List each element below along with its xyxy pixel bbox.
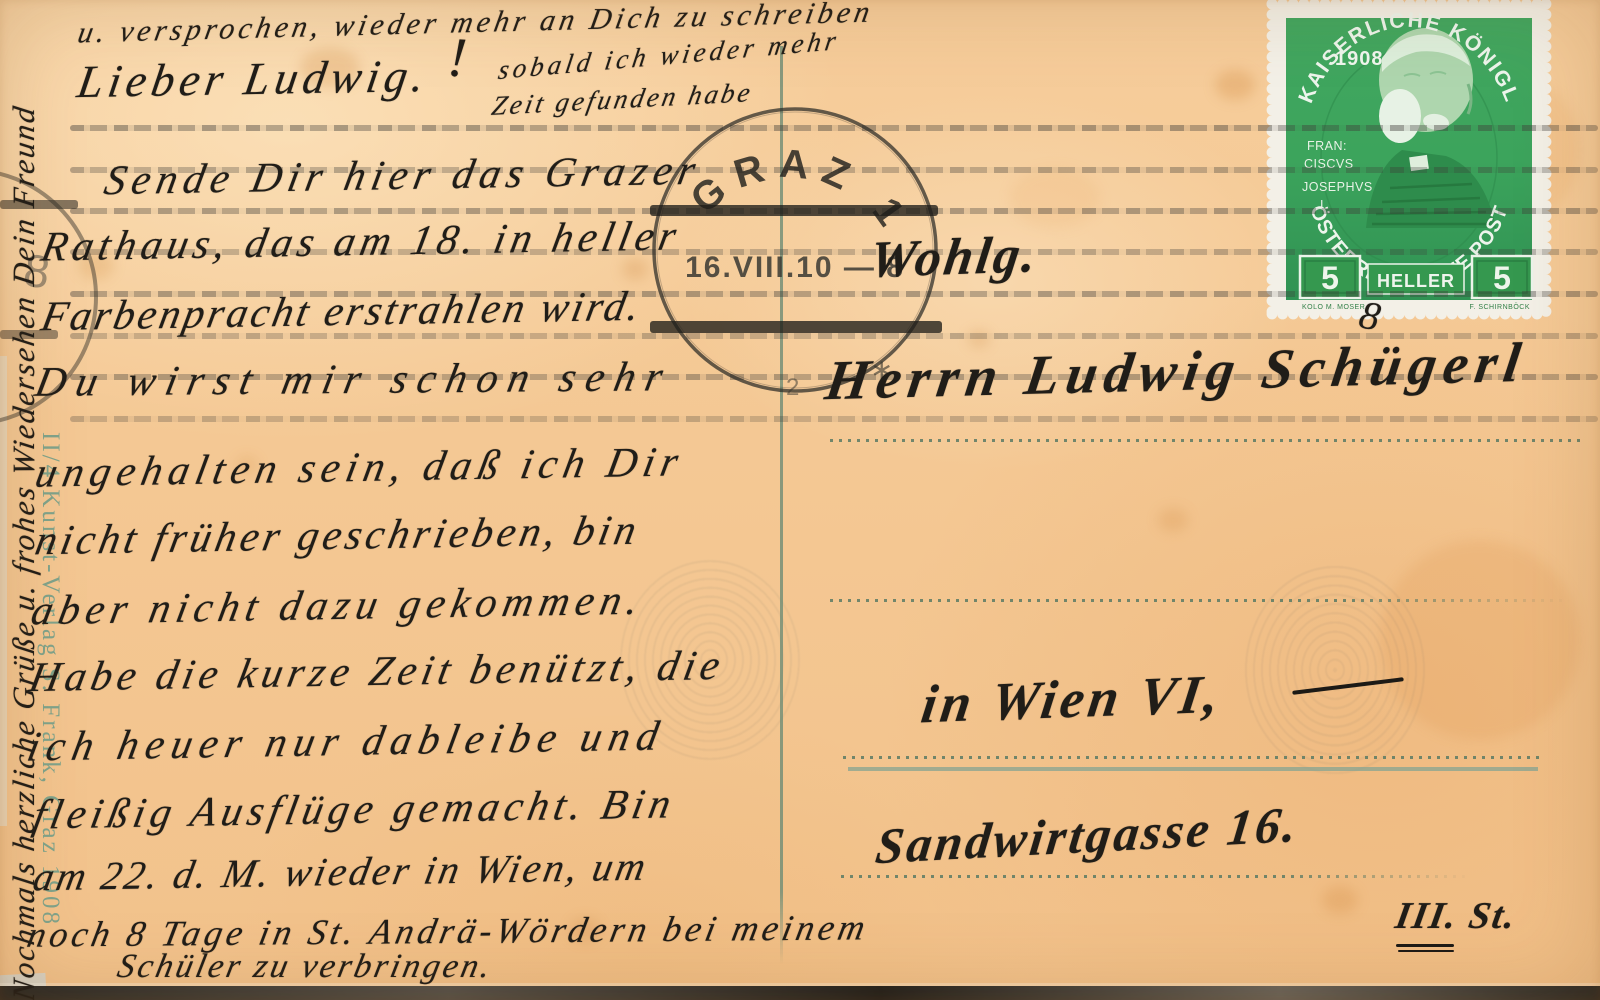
stamp-engraver: F. SCHIRNBÖCK [1469, 303, 1530, 311]
message-exclamation: ! [446, 25, 469, 90]
message-line: ich heuer nur dableibe und [23, 712, 669, 771]
message-line: Sende Dir hier das Grazer [100, 147, 705, 206]
message-margin-note: Nochmals herzliche Grüße u. frohes Wiede… [6, 103, 42, 1000]
address-ruled-line [843, 756, 1543, 759]
stain [1158, 508, 1188, 532]
stain [1010, 168, 1100, 228]
message-line: Habe die kurze Zeit benützt, die [25, 642, 728, 702]
stain [1322, 886, 1358, 914]
message-line: Schüler zu verbringen. [114, 948, 497, 986]
message-line: nicht früher geschrieben, bin [31, 507, 644, 566]
stamp-currency: HELLER [1377, 271, 1455, 291]
address-floor: III. St. [1392, 894, 1520, 938]
floor-underline [1398, 950, 1454, 952]
postmark-index-number: 2 [786, 374, 799, 401]
floor-underline [1396, 944, 1454, 947]
address-street: Sandwirtgasse 16. [873, 795, 1303, 876]
message-line: am 22. d. M. wieder in Wien, um [29, 843, 652, 901]
stamp-year: 1908 [1335, 48, 1384, 70]
fingerprint-smudge [1240, 560, 1430, 780]
address-ruled-line [841, 875, 1471, 878]
message-salutation: Lieber Ludwig. [74, 49, 434, 108]
machine-cancel-line [70, 416, 1598, 422]
address-solid-line [848, 767, 1538, 771]
message-line: Rathaus, das am 18. in heller [37, 212, 685, 271]
message-line: Du wirst mir schon sehr [31, 353, 677, 407]
scan-edge-bottom [0, 986, 1600, 1000]
address-ruled-line [830, 439, 1580, 442]
address-city: in Wien VI, [918, 663, 1227, 736]
stamp-name-line: FRAN: [1307, 139, 1347, 153]
address-ruled-line [830, 599, 1570, 602]
message-line: ungehalten sein, daß ich Dir [31, 438, 688, 497]
postcard: II/4 Kunst-Verlag S. Frank, Graz 1908 [0, 0, 1600, 1000]
stain [1215, 70, 1255, 100]
address-honorific: Wohlg. [866, 225, 1043, 290]
stamp-designer: KOLO M. MOSER [1302, 304, 1365, 311]
stamp-name-line: JOSEPHVS [1302, 180, 1373, 194]
message-line: aber nicht dazu gekommen. [27, 577, 648, 636]
message-line: fleißig Ausflüge gemacht. Bin [29, 780, 679, 839]
